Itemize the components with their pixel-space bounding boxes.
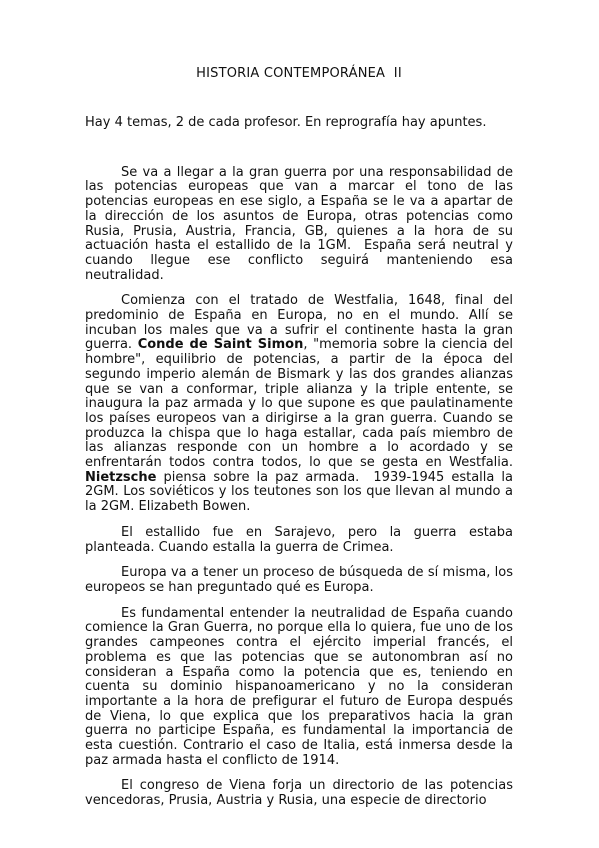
text-run: El congreso de Viena forja un directorio… <box>85 778 513 808</box>
document-body: Se va a llegar a la gran guerra por una … <box>85 166 513 809</box>
paragraph: Se va a llegar a la gran guerra por una … <box>85 166 513 284</box>
document-title: HISTORIA CONTEMPORÁNEA II <box>85 0 513 81</box>
paragraph: Es fundamental entender la neutralidad d… <box>85 607 513 769</box>
paragraph: El estallido fue en Sarajevo, pero la gu… <box>85 526 513 555</box>
text-run: Se va a llegar a la gran guerra por una … <box>85 165 513 283</box>
intro-line: Hay 4 temas, 2 de cada profesor. En repr… <box>85 116 513 131</box>
text-run: Es fundamental entender la neutralidad d… <box>85 606 513 768</box>
paragraph: El congreso de Viena forja un directorio… <box>85 779 513 808</box>
bold-text-run: Conde de Saint Simon <box>138 337 304 352</box>
paragraph: Comienza con el tratado de Westfalia, 16… <box>85 294 513 515</box>
bold-text-run: Nietzsche <box>85 470 156 485</box>
paragraph: Europa va a tener un proceso de búsqueda… <box>85 566 513 595</box>
text-run: , "memoria sobre la ciencia del hombre",… <box>85 337 513 470</box>
text-run: El estallido fue en Sarajevo, pero la gu… <box>85 525 513 555</box>
text-run: Europa va a tener un proceso de búsqueda… <box>85 565 513 595</box>
document-page: HISTORIA CONTEMPORÁNEA II Hay 4 temas, 2… <box>0 0 599 848</box>
